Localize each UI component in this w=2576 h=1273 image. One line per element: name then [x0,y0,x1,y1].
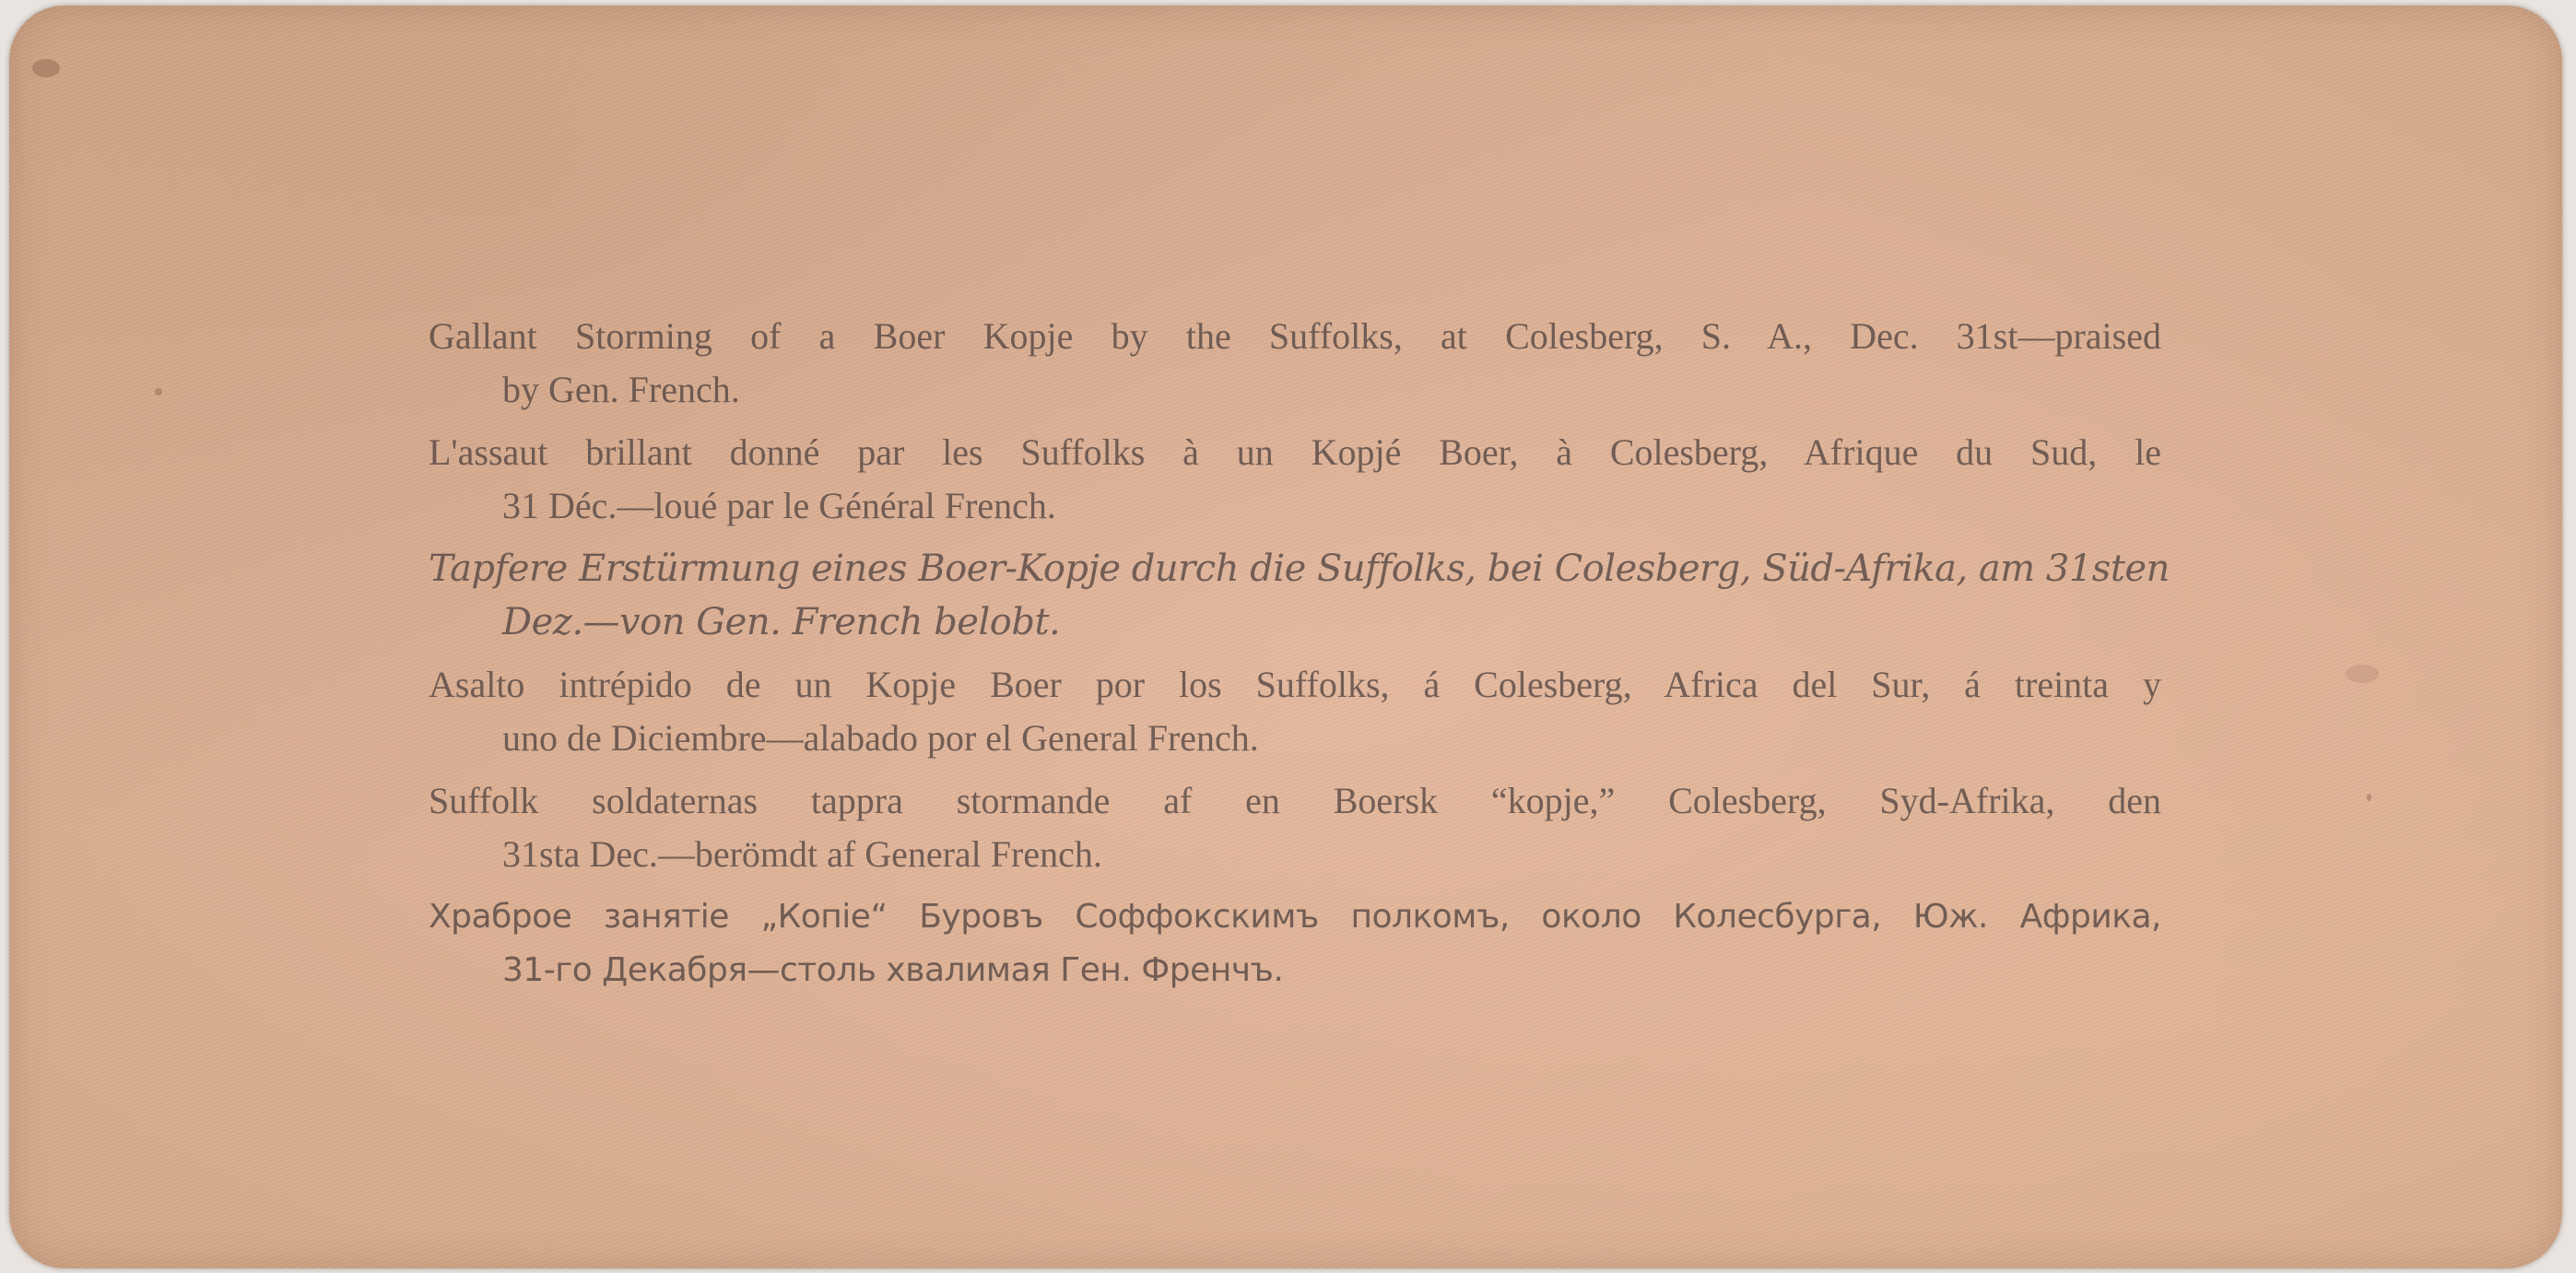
caption-line: Dez.—von Gen. French belobt. [429,595,2161,649]
caption-line: 31sta Dec.—berömdt af General French. [429,828,2161,881]
stain-mark [2346,665,2379,683]
stain-mark [2367,794,2371,801]
caption-swedish: Suffolk soldaternas tappra stormande af … [429,774,2161,881]
stain-mark [155,388,162,395]
caption-line: Tapfere Erstürmung eines Boer-Kopje durc… [429,542,2161,595]
caption-line: 31 Déc.—loué par le Général French. [429,479,2161,533]
caption-german: Tapfere Erstürmung eines Boer-Kopje durc… [429,542,2161,649]
stereoview-card-back: Gallant Storming of a Boer Kopje by the … [9,6,2562,1268]
caption-line: Suffolk soldaternas tappra stormande af … [429,774,2161,828]
caption-line: L'assaut brillant donné par les Suffolks… [429,426,2161,479]
caption-line: by Gen. French. [429,363,2161,417]
caption-line: Gallant Storming of a Boer Kopje by the … [429,310,2161,363]
caption-line: Asalto intrépido de un Kopje Boer por lo… [429,658,2161,712]
caption-line: uno de Diciembre—alabado por el General … [429,712,2161,765]
caption-english: Gallant Storming of a Boer Kopje by the … [429,310,2161,417]
caption-french: L'assaut brillant donné par les Suffolks… [429,426,2161,533]
caption-block: Gallant Storming of a Boer Kopje by the … [429,310,2161,1007]
caption-line: Храброе занятіе „Копіе“ Буровъ Соффокски… [429,890,2161,944]
stain-mark [32,59,60,77]
caption-line: 31-го Декабря—столь хвалимая Ген. Френчъ… [429,944,2161,997]
caption-russian: Храброе занятіе „Копіе“ Буровъ Соффокски… [429,890,2161,997]
caption-spanish: Asalto intrépido de un Kopje Boer por lo… [429,658,2161,765]
